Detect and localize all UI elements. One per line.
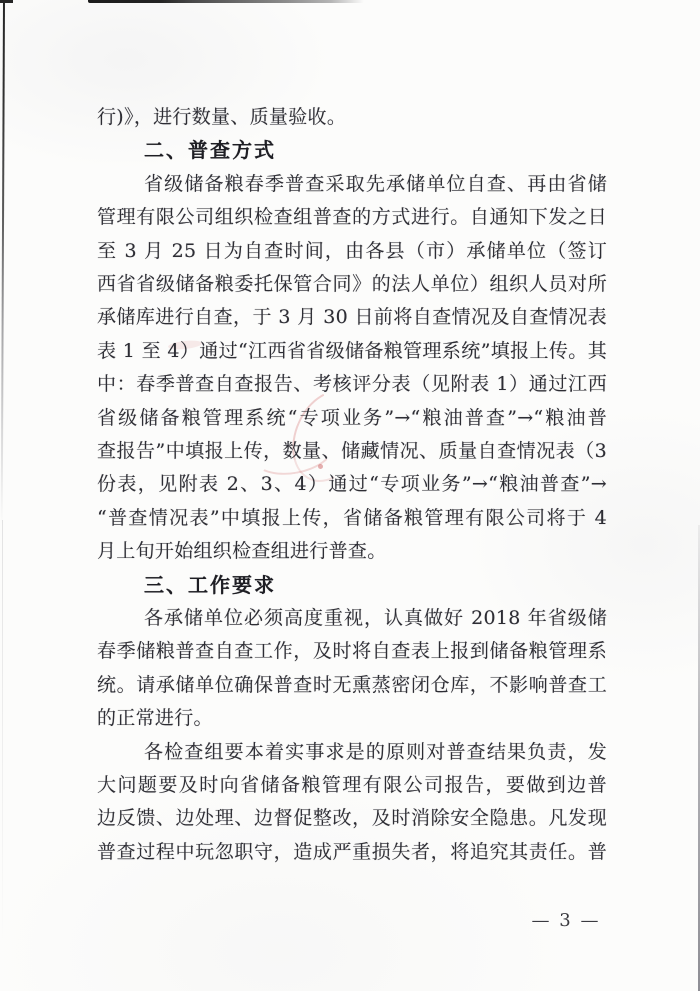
- text-line: 西省省级储备粮委托保管合同》的法人单位）组织人员对所辖: [97, 268, 607, 302]
- text-line: 省级储备粮管理系统“专项业务”→“粮油普查”→“粮油普: [97, 402, 607, 436]
- scanned-document-page: 行)》，进行数量、质量验收。二、普查方式省级储备粮春季普查采取先承储单位自查、再…: [0, 0, 700, 991]
- text-line: 的正常进行。: [97, 702, 607, 736]
- text-line: 统。请承储单位确保普查时无熏蒸密闭仓库，不影响普查工作: [97, 669, 607, 703]
- text-line: 大问题要及时向省储备粮管理有限公司报告，要做到边普查、: [97, 769, 607, 803]
- text-line: 中：春季普查自查报告、考核评分表（见附表 1）通过江西省: [97, 368, 607, 402]
- section-heading: 二、普查方式: [97, 134, 607, 168]
- section-heading: 三、工作要求: [97, 569, 607, 603]
- text-line: 各检查组要本着实事求是的原则对普查结果负责，发现重: [97, 736, 607, 770]
- text-line: 边反馈、边处理、边督促整改，及时消除安全隐患。凡发现在: [97, 802, 607, 836]
- document-body: 行)》，进行数量、质量验收。二、普查方式省级储备粮春季普查采取先承储单位自查、再…: [0, 0, 700, 991]
- text-line: 各承储单位必须高度重视，认真做好 2018 年省级储备粮: [97, 602, 607, 636]
- text-line: 普查过程中玩忽职守，造成严重损失者，将追究其责任。普查: [97, 836, 607, 870]
- text-line: 承储库进行自查，于 3 月 30 日前将自查情况及自查情况表（附: [97, 301, 607, 335]
- text-line: 查报告”中填报上传，数量、储藏情况、质量自查情况表（3: [97, 435, 607, 469]
- text-line: 省级储备粮春季普查采取先承储单位自查、再由省储备粮: [97, 168, 607, 202]
- text-line: 月上旬开始组织检查组进行普查。: [97, 535, 607, 569]
- text-line: 春季储粮普查自查工作，及时将自查表上报到储备粮管理系: [97, 635, 607, 669]
- text-line: 表 1 至 4）通过“江西省省级储备粮管理系统”填报上传。其: [97, 335, 607, 369]
- text-line: 行)》，进行数量、质量验收。: [97, 101, 607, 135]
- page-number: — 3 —: [520, 910, 612, 931]
- text-line: 管理有限公司组织检查组普查的方式进行。自通知下发之日起: [97, 201, 607, 235]
- text-line: 至 3 月 25 日为自查时间，由各县（市）承储单位（签订《江: [97, 235, 607, 269]
- text-line: “普查情况表”中填报上传，省储备粮管理有限公司将于 4: [97, 502, 607, 536]
- text-line: 份表，见附表 2、3、4）通过“专项业务”→“粮油普查”→: [97, 468, 607, 502]
